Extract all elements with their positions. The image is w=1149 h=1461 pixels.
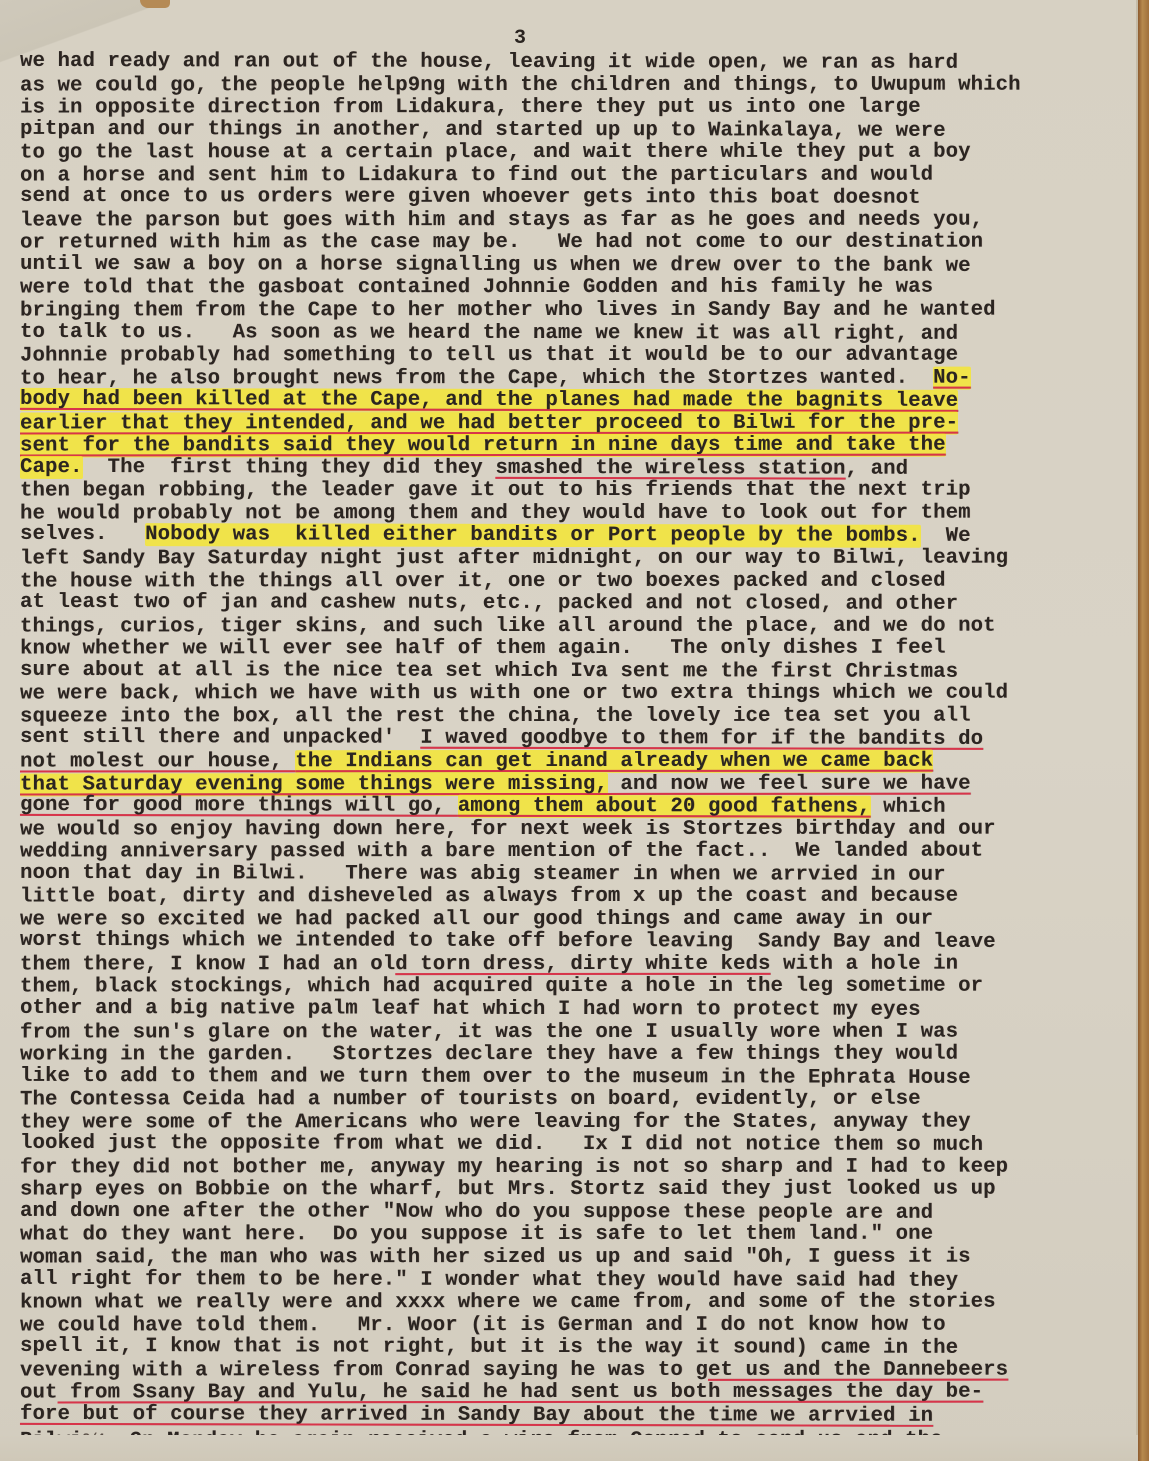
typed-text: , and	[846, 457, 909, 480]
text-line: at least two of jan and cashew nuts, etc…	[20, 592, 1098, 617]
text-line: the house with the things all over it, o…	[20, 570, 1098, 593]
typed-text: left Sandy Bay Saturday night just after…	[20, 547, 1008, 571]
highlighted-underlined-text: that Saturday evening some things were m…	[20, 772, 608, 796]
text-line: sent for the bandits said they would ret…	[20, 435, 1098, 458]
typed-text: looked just the opposite from what we di…	[20, 1132, 983, 1157]
text-line: for they did not bother me, anyway my he…	[20, 1156, 1098, 1179]
text-line: bringing them from the Cape to her mothe…	[20, 300, 1098, 323]
typed-text: we would so enjoy having down here, for …	[20, 817, 996, 841]
typed-text: the house with the things all over it, o…	[20, 569, 946, 593]
text-line: worst things which we intended to take o…	[20, 930, 1098, 955]
text-line: sent still there and unpacked' I waved g…	[20, 727, 1098, 752]
text-line: gone for good more things will go, among…	[20, 795, 1098, 820]
text-line: we would so enjoy having down here, for …	[20, 818, 1098, 841]
typed-text: at least two of jan and cashew nuts, etc…	[20, 591, 958, 616]
typed-text: out	[20, 1382, 58, 1405]
typed-text: they were some of the Americans who were…	[20, 1110, 971, 1134]
text-line: wedding anniversary passed with a bare m…	[20, 841, 1098, 864]
text-line: Johnnie probably had something to tell u…	[20, 345, 1098, 368]
typed-text: them there, I know I had an ol	[20, 953, 395, 976]
text-line: woman said, the man who was with her siz…	[20, 1247, 1098, 1270]
typed-text: known what we really were and xxxx where…	[20, 1291, 996, 1315]
typed-letter-page: 3 we had ready and ran out of the house,…	[0, 0, 1138, 1461]
typed-text: vevening with a wireless from Conrad say…	[20, 1359, 708, 1383]
highlighted-underlined-text: earlier that they intended, and we had b…	[20, 411, 958, 435]
text-line: vevening with a wireless from Conrad say…	[20, 1359, 1098, 1382]
text-line: from the sun's glare on the water, it wa…	[20, 1021, 1098, 1044]
text-line: noon that day in Bilwi. There was abig s…	[20, 863, 1098, 888]
typed-text: Johnnie probably had something to tell u…	[20, 344, 958, 368]
typed-text: selves.	[20, 523, 145, 546]
text-line: little boat, dirty and disheveled as alw…	[20, 886, 1098, 909]
typed-text: we could have told them. Mr. Woor (it is…	[20, 1313, 946, 1337]
typed-text: send at once to us orders were given who…	[20, 185, 921, 210]
text-line: other and a big native palm leaf hat whi…	[20, 998, 1098, 1023]
typed-text: for they did not bother me, anyway my he…	[20, 1155, 1008, 1179]
typed-text: pitpan and our things in another, and st…	[20, 118, 946, 143]
text-line: known what we really were and xxxx where…	[20, 1292, 1098, 1315]
text-line: send at once to us orders were given who…	[20, 186, 1098, 211]
page-number: 3	[514, 27, 526, 50]
highlighted-text: Cape.	[20, 456, 83, 479]
text-line: until we saw a boy on a horse signalling…	[20, 254, 1098, 279]
text-line: sharp eyes on Bobbie on the wharf, but M…	[20, 1179, 1098, 1202]
text-line: to talk to us. As soon as we heard the n…	[20, 321, 1098, 346]
underlined-text: fore but of course they arrived in Sandy…	[20, 1403, 933, 1428]
text-line: what do they want here. Do you suppose i…	[20, 1224, 1098, 1247]
text-line: we could have told them. Mr. Woor (it is…	[20, 1314, 1098, 1337]
text-line: The Contessa Ceida had a number of touri…	[20, 1089, 1098, 1112]
text-line: all right for them to be here." I wonder…	[20, 1268, 1098, 1293]
text-line: pitpan and our things in another, and st…	[20, 119, 1098, 144]
typed-text: things, curios, tiger skins, and such li…	[20, 614, 996, 638]
underlined-text: I waved goodbye to them for if the bandi…	[420, 727, 983, 751]
typed-text: is in opposite direction from Lidakura, …	[20, 96, 921, 120]
text-line: body had been killed at the Cape, and th…	[20, 389, 1098, 414]
text-line: know whether we will ever see half of th…	[20, 638, 1098, 661]
highlighted-underlined-text: body had been killed at the Cape, and th…	[20, 388, 958, 413]
text-line: working in the garden. Stortzes declare …	[20, 1044, 1098, 1067]
typed-text: to talk to us. As soon as we heard the n…	[20, 320, 958, 345]
underlined-text: gone for good more things will go,	[20, 794, 458, 818]
underlined-text: not molest our house,	[20, 750, 295, 773]
typed-text: we were so excited we had packed all our…	[20, 907, 933, 931]
highlighted-text: Nobody was killed either bandits or Port…	[145, 524, 921, 549]
typed-text: squeeze into the box, all the rest the c…	[20, 705, 971, 729]
typed-text: little boat, dirty and disheveled as alw…	[20, 885, 958, 909]
underlined-text: d torn dress, dirty white keds	[395, 953, 770, 976]
underlined-text: smashed the wireless station	[495, 457, 845, 481]
typed-text: to go the last house at a certain place,…	[20, 141, 971, 165]
text-line: left Sandy Bay Saturday night just after…	[20, 548, 1098, 571]
typed-text: know whether we will ever see half of th…	[20, 637, 946, 661]
typed-text: bringing them from the Cape to her mothe…	[20, 299, 996, 323]
highlighted-underlined-text: No-	[933, 366, 971, 389]
typed-text: The first thing they did they	[83, 456, 496, 480]
typed-text: were told that the gasboat contained Joh…	[20, 276, 933, 300]
typed-text: other and a big native palm leaf hat whi…	[20, 997, 921, 1022]
text-line: things, curios, tiger skins, and such li…	[20, 615, 1098, 638]
text-line: not molest our house, the Indians can ge…	[20, 750, 1098, 773]
text-line: like to add to them and we turn them ove…	[20, 1065, 1098, 1090]
page-bottom-margin	[0, 1435, 1138, 1461]
text-line: leave the parson but goes with him and s…	[20, 209, 1098, 232]
typed-text: them, black stockings, which had acquire…	[20, 975, 983, 999]
torn-paper-tab	[140, 0, 170, 8]
typed-text: and down one after the other "Now who do…	[20, 1200, 933, 1225]
typed-text: which	[871, 796, 946, 819]
typed-text: until we saw a boy on a horse signalling…	[20, 253, 971, 278]
typed-text: woman said, the man who was with her siz…	[20, 1246, 971, 1270]
highlighted-underlined-text: among them about 20 good fathens,	[458, 795, 871, 819]
text-line: we were back, which we have with us with…	[20, 683, 1098, 706]
text-line: earlier that they intended, and we had b…	[20, 412, 1098, 435]
text-line: out from Ssany Bay and Yulu, he said he …	[20, 1382, 1098, 1405]
text-line: selves. Nobody was killed either bandits…	[20, 524, 1098, 549]
typed-text: sharp eyes on Bobbie on the wharf, but M…	[20, 1178, 996, 1202]
underlined-text: from Ssany Bay and Yulu, he said he had …	[58, 1381, 984, 1405]
text-line: and down one after the other "Now who do…	[20, 1201, 1098, 1226]
typed-text: we were back, which we have with us with…	[20, 682, 1008, 706]
text-line: them, black stockings, which had acquire…	[20, 976, 1098, 999]
typed-text: like to add to them and we turn them ove…	[20, 1064, 971, 1089]
typed-text: all right for them to be here." I wonder…	[20, 1267, 958, 1292]
text-line: they were some of the Americans who were…	[20, 1111, 1098, 1134]
text-line: that Saturday evening some things were m…	[20, 773, 1098, 796]
text-line: were told that the gasboat contained Joh…	[20, 277, 1098, 300]
text-line: fore but of course they arrived in Sandy…	[20, 1404, 1098, 1429]
typed-text: as we could go, the people help9ng with …	[20, 73, 1021, 97]
typed-text: spell it, I know that is not right, but …	[20, 1335, 958, 1360]
typed-text: on a horse and sent him to Lidakura to f…	[20, 163, 933, 187]
typed-text: with a hole in	[770, 953, 958, 976]
underlined-text: et us and the Dannebeers	[708, 1358, 1008, 1381]
typed-text: what do they want here. Do you suppose i…	[20, 1223, 933, 1247]
typed-text: or returned with him as the case may be.…	[20, 231, 983, 255]
typed-text: sent still there and unpacked'	[20, 726, 420, 750]
text-line: to go the last house at a certain place,…	[20, 142, 1098, 165]
text-line: is in opposite direction from Lidakura, …	[20, 97, 1098, 120]
text-line: looked just the opposite from what we di…	[20, 1133, 1098, 1158]
typed-text: noon that day in Bilwi. There was abig s…	[20, 862, 946, 887]
text-line: then began robbing, the leader gave it o…	[20, 480, 1098, 503]
text-line: them there, I know I had an old torn dre…	[20, 953, 1098, 976]
typed-text: he would probably not be among them and …	[20, 502, 971, 526]
text-line: to hear, he also brought news from the C…	[20, 367, 1098, 390]
text-line: as we could go, the people help9ng with …	[20, 74, 1098, 97]
page-border-edge	[1138, 0, 1149, 1461]
underlined-text: and now we feel sure we have	[608, 772, 971, 795]
text-line: or returned with him as the case may be.…	[20, 232, 1098, 255]
highlighted-underlined-text: sent for the bandits said they would ret…	[20, 434, 946, 458]
letter-body: we had ready and ran out of the house, l…	[20, 52, 1098, 1450]
typed-text: to hear, he also brought news from the C…	[20, 366, 933, 390]
typed-text: then began robbing, the leader gave it o…	[20, 479, 971, 503]
typed-text: we had ready and ran out of the house, l…	[20, 50, 958, 75]
typed-text: leave the parson but goes with him and s…	[20, 208, 983, 232]
typed-text: working in the garden. Stortzes declare …	[20, 1043, 958, 1067]
text-line: we had ready and ran out of the house, l…	[20, 51, 1098, 76]
text-line: spell it, I know that is not right, but …	[20, 1336, 1098, 1361]
typed-text: sure about at all is the nice tea set wh…	[20, 659, 958, 684]
typed-text: The Contessa Ceida had a number of touri…	[20, 1088, 921, 1112]
typed-text: We	[921, 525, 971, 548]
highlighted-underlined-text: the Indians can get inand already when w…	[295, 750, 933, 774]
typed-text: wedding anniversary passed with a bare m…	[20, 840, 983, 864]
typed-text: worst things which we intended to take o…	[20, 929, 996, 954]
typed-text: from the sun's glare on the water, it wa…	[20, 1020, 958, 1044]
